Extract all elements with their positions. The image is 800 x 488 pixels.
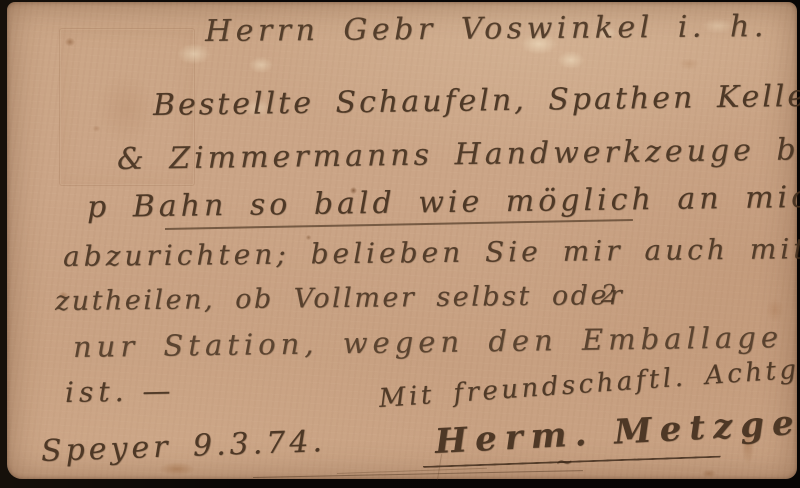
handwriting-line: nur Station, wegen den Emballage — [73, 320, 783, 365]
stain — [553, 48, 589, 72]
handwriting-line: zutheilen, ob Vollmer selbst oder — [55, 280, 625, 318]
postcard-paper: Herrn Gebr Voswinkel i. h. Bestellte Sch… — [7, 2, 797, 479]
handwriting-dateline: Speyer 9.3.74. — [40, 424, 326, 470]
stain — [91, 124, 102, 133]
handwriting-address-line: Herrn Gebr Voswinkel i. h. — [205, 9, 768, 50]
handwriting-line: Bestellte Schaufeln, Spathen Kellen — [153, 79, 800, 124]
signature-underline-hairline — [253, 470, 583, 478]
handwriting-line: p Bahn so bald wie möglich an mich — [87, 180, 800, 226]
stain — [675, 56, 703, 72]
stain — [63, 36, 77, 48]
stain — [699, 468, 719, 479]
handwriting-signature: Herm. Metzger — [434, 401, 800, 462]
handwriting-line: abzurichten; belieben Sie mir auch mit- — [63, 232, 800, 274]
stain — [245, 54, 277, 76]
handwriting-raised-mark: 2 — [601, 280, 616, 309]
handwriting-line: ist. — — [65, 374, 176, 410]
handwriting-line: & Zimmermanns Handwerkzeuge bitte — [117, 132, 800, 178]
postcard-scan: Herrn Gebr Voswinkel i. h. Bestellte Sch… — [0, 0, 800, 488]
